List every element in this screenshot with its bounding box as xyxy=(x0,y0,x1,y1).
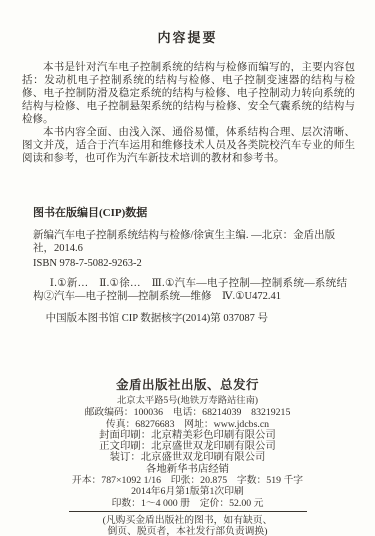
text-printer-line: 正文印刷：北京盛世双龙印刷有限公司 xyxy=(0,441,375,452)
cip-title-line: 新编汽车电子控制系统结构与检修/徐寅生主编. —北京：金盾出版社，2014.6 xyxy=(33,229,347,255)
binding-line: 装订：北京盛世双龙印刷有限公司 xyxy=(0,452,375,463)
cip-classification-line: Ⅰ.①新… Ⅱ.①徐… Ⅲ.①汽车—电子控制—控制系统—系统结构②汽车—电子控制… xyxy=(33,277,347,303)
distribution-line: 各地新华书店经销 xyxy=(0,464,375,475)
summary-paragraph-2: 本书内容全面、由浅入深、通俗易懂，体系结构合理、层次清晰、图文并茂，适合于汽车运… xyxy=(22,126,355,165)
summary-section: 本书是针对汽车电子控制系统的结构与检修而编写的，主要内容包括：发动机电子控制系统… xyxy=(22,61,355,165)
cip-isbn: ISBN 978-7-5082-9263-2 xyxy=(33,257,347,270)
summary-title: 内容提要 xyxy=(0,0,375,46)
cip-data-block: 图书在版编目(CIP)数据 新编汽车电子控制系统结构与检修/徐寅生主编. —北京… xyxy=(33,207,347,325)
colophon-block: 金盾出版社出版、总发行 北京太平路5号(地铁万寿路站往南) 邮政编码：10003… xyxy=(0,378,375,536)
postal-phone-line: 邮政编码：100036 电话：68214039 83219215 xyxy=(0,407,375,418)
edition-line: 2014年6月第1版第1次印刷 xyxy=(0,486,375,497)
publisher-address: 北京太平路5号(地铁万寿路站往南) xyxy=(0,396,375,407)
publisher-line: 金盾出版社出版、总发行 xyxy=(0,378,375,393)
fax-website-line: 传真：68276683 网址：www.jdcbs.cn xyxy=(0,419,375,430)
print-run-price-line: 印数：1～4 000 册 定价：52.00 元 xyxy=(0,498,375,509)
format-line: 开本：787×1092 1/16 印张：20.875 字数：519 千字 xyxy=(0,475,375,486)
exchange-note-line-1: (凡购买金盾出版社的图书，如有缺页、 xyxy=(0,515,375,526)
cip-record-number: 中国版本图书馆 CIP 数据核字(2014)第 037087 号 xyxy=(33,312,347,325)
summary-paragraph-1: 本书是针对汽车电子控制系统的结构与检修而编写的，主要内容包括：发动机电子控制系统… xyxy=(22,61,355,126)
book-copyright-page: 内容提要 本书是针对汽车电子控制系统的结构与检修而编写的，主要内容包括：发动机电… xyxy=(0,0,375,536)
divider-rule xyxy=(69,511,307,512)
cover-printer-line: 封面印刷：北京精美彩色印刷有限公司 xyxy=(0,430,375,441)
exchange-note-line-2: 倒页、脱页者，本社发行部负责调换) xyxy=(0,526,375,536)
cip-header: 图书在版编目(CIP)数据 xyxy=(33,207,347,220)
